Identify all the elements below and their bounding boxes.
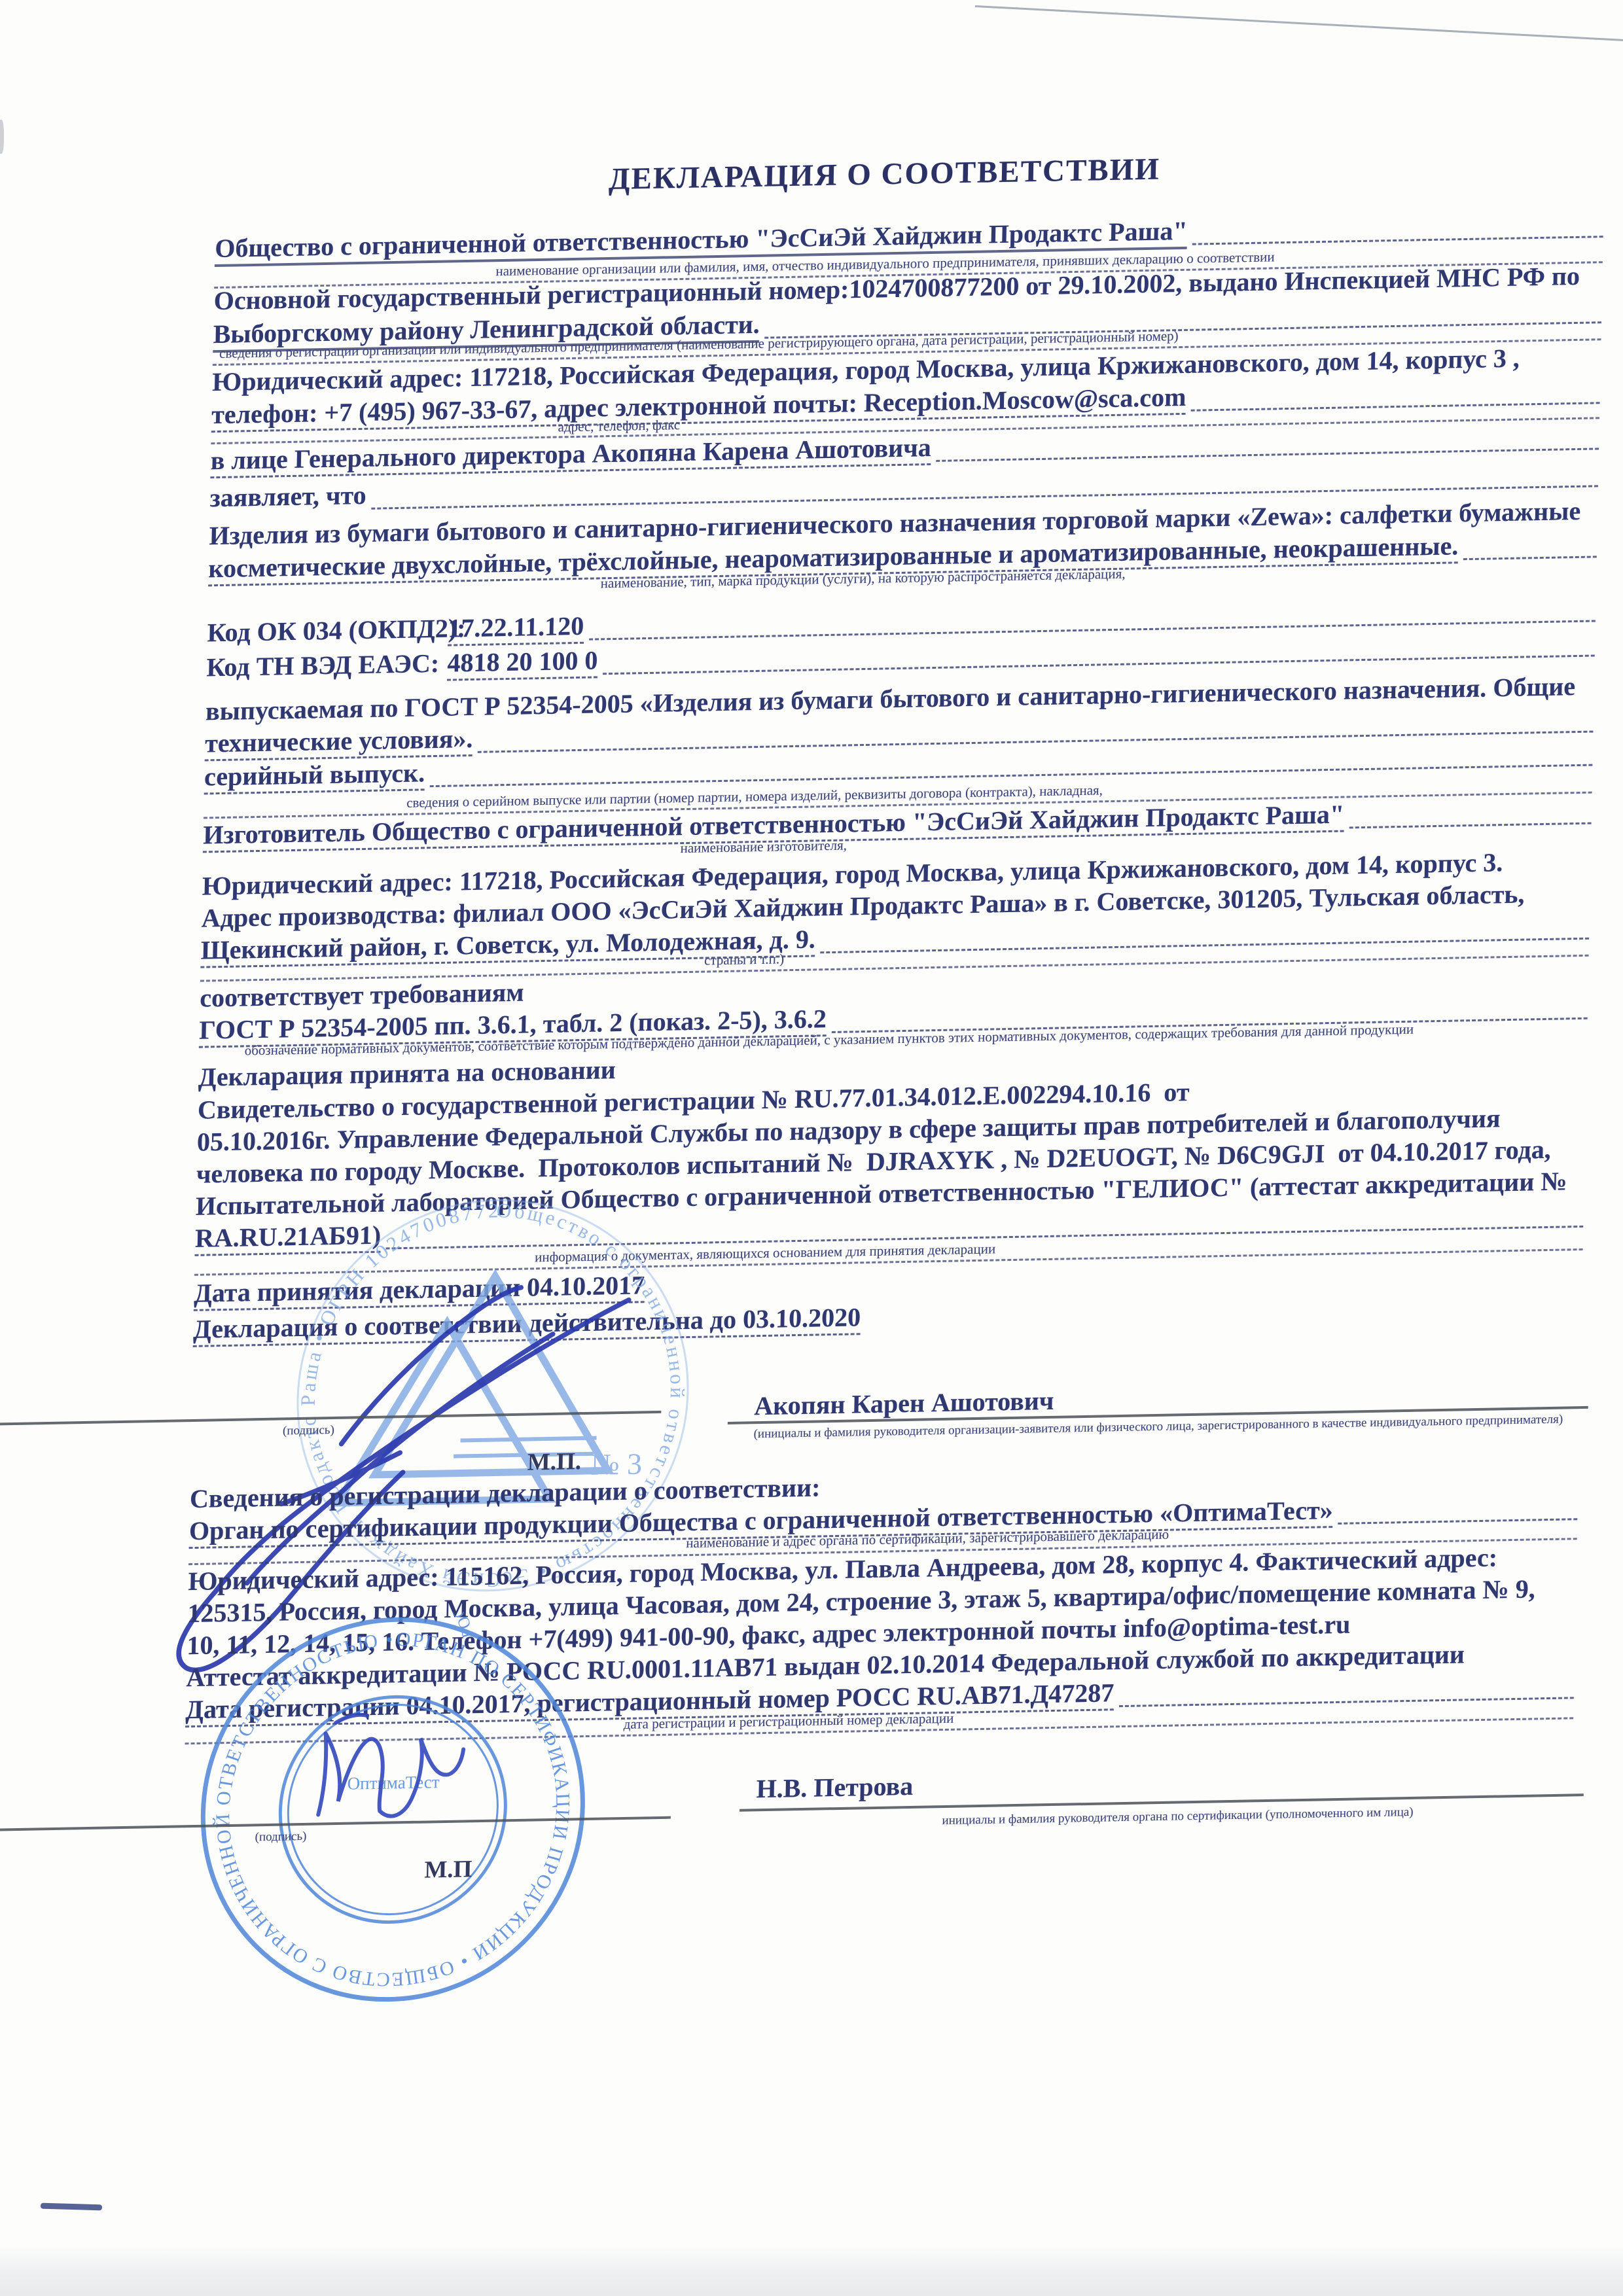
rule-fill	[1463, 556, 1597, 560]
director-name: Акопян Карен Ашотович	[754, 1385, 1054, 1421]
rule-fill	[1338, 1518, 1577, 1525]
caption-manufacturer: наименование изготовителя,	[680, 837, 847, 857]
caption-country: страны и т.п.)	[704, 951, 784, 968]
rule-fill	[1349, 822, 1592, 829]
conformity-heading: соответствует требованиям	[200, 977, 524, 1014]
caption-head-name: инициалы и фамилия руководителя органа п…	[942, 1805, 1414, 1828]
tnved-label: Код ТН ВЭД ЕАЭС:	[206, 648, 448, 684]
gost-text-2: технические условия».	[205, 723, 473, 762]
head-name: Н.В. Петрова	[756, 1771, 914, 1804]
okpd2-label: Код ОК 034 (ОКПД2):	[207, 613, 448, 649]
document-title: ДЕКЛАРАЦИЯ О СООТВЕТСТВИИ	[609, 152, 1161, 197]
document-page: ДЕКЛАРАЦИЯ О СООТВЕТСТВИИ Общество с огр…	[0, 0, 1623, 2296]
caption-sign-director: (подпись)	[283, 1423, 334, 1438]
stamp-place-mark-1: М.П.	[527, 1447, 581, 1477]
declares-text: заявляет, что	[209, 480, 366, 514]
rule-fill	[821, 938, 1590, 954]
stamp-place-mark-2: М.П	[424, 1855, 473, 1884]
okpd2-value: 17.22.11.120	[448, 610, 584, 646]
rule-fill	[603, 655, 1595, 675]
serial-text: серийный выпуск.	[204, 757, 425, 794]
rule-fill	[1191, 402, 1600, 411]
rule-fill	[1119, 1697, 1574, 1707]
tnved-value: 4818 20 100 0	[447, 645, 598, 680]
rule-fill	[1192, 236, 1603, 245]
declaration-document: ДЕКЛАРАЦИЯ О СООТВЕТСТВИИ Общество с огр…	[0, 0, 1623, 2296]
caption-applicant-addr: адрес, телефон, факс	[558, 417, 680, 435]
caption-sign-head: (подпись)	[255, 1829, 306, 1845]
